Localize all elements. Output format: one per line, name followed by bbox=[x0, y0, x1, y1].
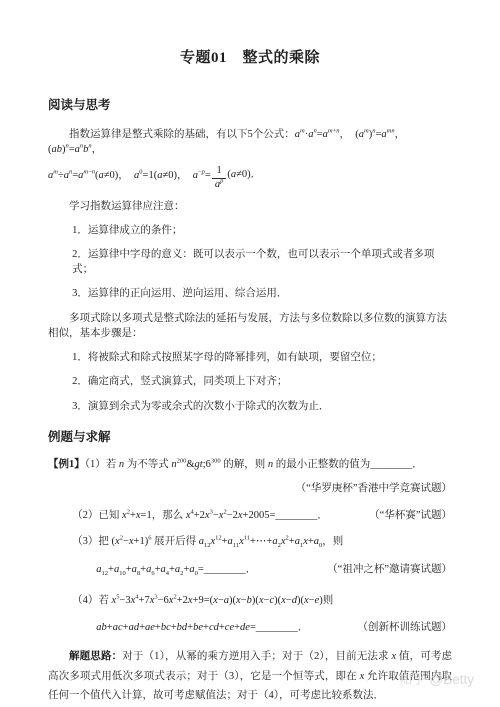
example1-paragraph: 【例1】（1）若 n 为不等式 n200&gt;6300 的解，则 n 的最小正… bbox=[48, 457, 452, 472]
solution-paragraph: 解题思路：对于（1），从幂的乘方逆用入手；对于（2），目前无法求 x 值，可考虑… bbox=[48, 647, 452, 705]
note-item-1: 1．运算律成立的条件； bbox=[72, 223, 452, 238]
note-item-2: 2．运算律中字母的意义：既可以表示一个数，也可以表示一个单项式或者多项式； bbox=[72, 247, 452, 277]
step-item-3: 3．演算到余式为零或余式的次数小于除式的次数为止． bbox=[72, 399, 452, 414]
document-page: 专题01 整式的乘除 阅读与思考 指数运算律是整式乘除的基础，有以下5个公式：a… bbox=[0, 46, 500, 706]
division-lead: 多项式除以多项式是整式除法的延拓与发展，方法与多位数除以多位数的演算方法相似，基… bbox=[48, 311, 452, 341]
question-3-source: （“祖冲之杯”邀请赛试题） bbox=[327, 562, 452, 577]
step-item-1: 1．将被除式和除式按照某字母的降幂排列，如有缺项，要留空位； bbox=[72, 350, 452, 365]
watermark: 知乎 @Betty bbox=[399, 668, 474, 688]
example1-label: 【例1】 bbox=[48, 459, 85, 470]
intro-line-2-post: (a≠0)． bbox=[227, 170, 261, 181]
section-reading-header: 阅读与思考 bbox=[48, 95, 452, 113]
fraction-denominator: ap bbox=[212, 179, 227, 191]
solution-label: 解题思路： bbox=[69, 651, 122, 662]
intro-line-2-pre: am÷an=am−n(a≠0)， a0=1(a≠0)， a−p= bbox=[48, 170, 211, 181]
intro-line-1: 指数运算律是整式乘除的基础，有以下5个公式：am·an=am+n， (am)n=… bbox=[48, 127, 452, 157]
fraction: 1ap bbox=[212, 165, 227, 190]
question-3-formula: a12+a10+a8+a6+a4+a2+a0=________． bbox=[96, 562, 256, 577]
question-2-source: （“华杯赛”试题） bbox=[369, 508, 452, 523]
question-1-text: （1）若 n 为不等式 n200&gt;6300 的解，则 n 的最小正整数的值… bbox=[85, 459, 423, 470]
note-item-3: 3．运算律的正向运用、逆向运用、综合运用． bbox=[72, 286, 452, 301]
question-2-text: （2）已知 x2+x=1，那么 x4+2x3−x2−2x+2005=______… bbox=[72, 508, 328, 523]
question-2-row: （2）已知 x2+x=1，那么 x4+2x3−x2−2x+2005=______… bbox=[48, 508, 452, 523]
question-4-source: （创新杯训练试题） bbox=[358, 620, 453, 635]
page-title: 专题01 整式的乘除 bbox=[48, 46, 452, 67]
question-4-line1: （4）若 x5−3x4+7x3−6x2+2x+9=(x−a)(x−b)(x−c)… bbox=[72, 593, 452, 608]
question-4-row: ab+ac+ad+ae+bc+bd+be+cd+ce+de=________． … bbox=[48, 620, 452, 635]
step-item-2: 2．确定商式，竖式演算式，同类项上下对齐； bbox=[72, 374, 452, 389]
note-lead: 学习指数运算律应注意： bbox=[48, 199, 452, 214]
question-4-formula: ab+ac+ad+ae+bc+bd+be+cd+ce+de=________． bbox=[96, 620, 308, 635]
question-3-line1: （3）把 (x2−x+1)6 展开后得 a12x12+a11x11+⋯+a2x2… bbox=[72, 534, 452, 549]
question-1-source: （“华罗庚杯”香港中学竞赛试题） bbox=[48, 481, 452, 496]
section-examples-header: 例题与求解 bbox=[48, 427, 452, 445]
intro-line-2: am÷an=am−n(a≠0)， a0=1(a≠0)， a−p=1ap(a≠0)… bbox=[48, 165, 452, 190]
question-3-row: a12+a10+a8+a6+a4+a2+a0=________． （“祖冲之杯”… bbox=[48, 562, 452, 577]
